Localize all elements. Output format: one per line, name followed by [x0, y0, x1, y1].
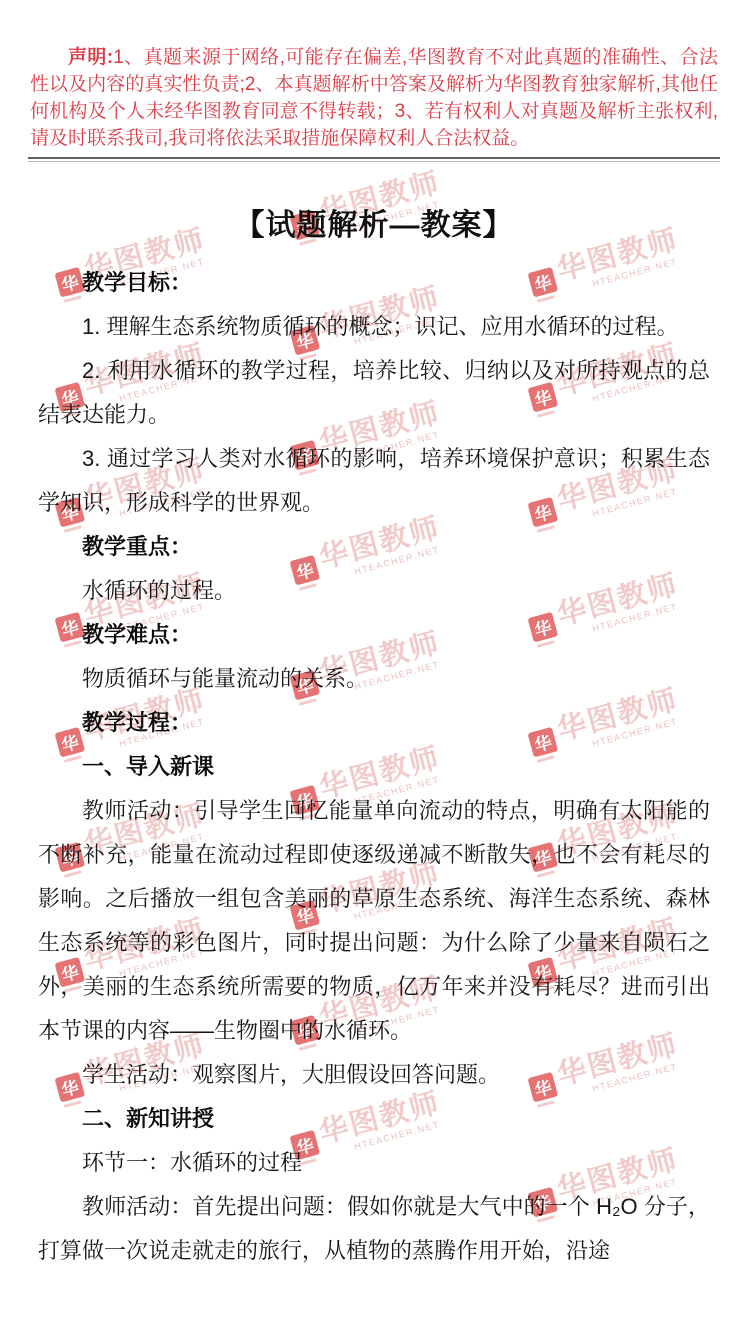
body-paragraph: 水循环的过程。 [38, 569, 710, 613]
body-paragraph: 1. 理解生态系统物质循环的概念；识记、应用水循环的过程。 [38, 305, 710, 349]
disclaimer-text: 1、真题来源于网络,可能存在偏差,华图教育不对此真题的准确性、合法性以及内容的真… [30, 47, 718, 149]
body-paragraph: 环节一：水循环的过程 [38, 1141, 710, 1185]
body-paragraph: 教师活动：引导学生回忆能量单向流动的特点，明确有太阳能的不断补充，能量在流动过程… [38, 789, 710, 1053]
document-page: 华华图教师HTEACHER.NET华华图教师HTEACHER.NET华华图教师H… [0, 0, 748, 1335]
section-heading: 教学过程： [38, 701, 710, 745]
body-paragraph: 3. 通过学习人类对水循环的影响，培养环境保护意识；积累生态学知识，形成科学的世… [38, 437, 710, 525]
disclaimer: 声明:1、真题来源于网络,可能存在偏差,华图教育不对此真题的准确性、合法性以及内… [30, 44, 718, 152]
body-paragraph: 教师活动：首先提出问题：假如你就是大气中的一个 H₂O 分子，打算做一次说走就走… [38, 1185, 710, 1273]
section-heading: 二、新知讲授 [38, 1097, 710, 1141]
section-heading: 教学重点： [38, 525, 710, 569]
section-heading: 教学难点： [38, 613, 710, 657]
section-heading: 一、导入新课 [38, 745, 710, 789]
disclaimer-label: 声明: [68, 47, 113, 68]
section-heading: 教学目标： [38, 261, 710, 305]
content-area: 教学目标：1. 理解生态系统物质循环的概念；识记、应用水循环的过程。2. 利用水… [38, 261, 710, 1273]
page-title: 【试题解析—教案】 [0, 209, 748, 243]
body-paragraph: 2. 利用水循环的教学过程，培养比较、归纳以及对所持观点的总结表达能力。 [38, 349, 710, 437]
body-paragraph: 学生活动：观察图片，大胆假设回答问题。 [38, 1053, 710, 1097]
divider-line [28, 157, 720, 162]
body-paragraph: 物质循环与能量流动的关系。 [38, 657, 710, 701]
document-body: 声明:1、真题来源于网络,可能存在偏差,华图教育不对此真题的准确性、合法性以及内… [0, 44, 748, 1273]
